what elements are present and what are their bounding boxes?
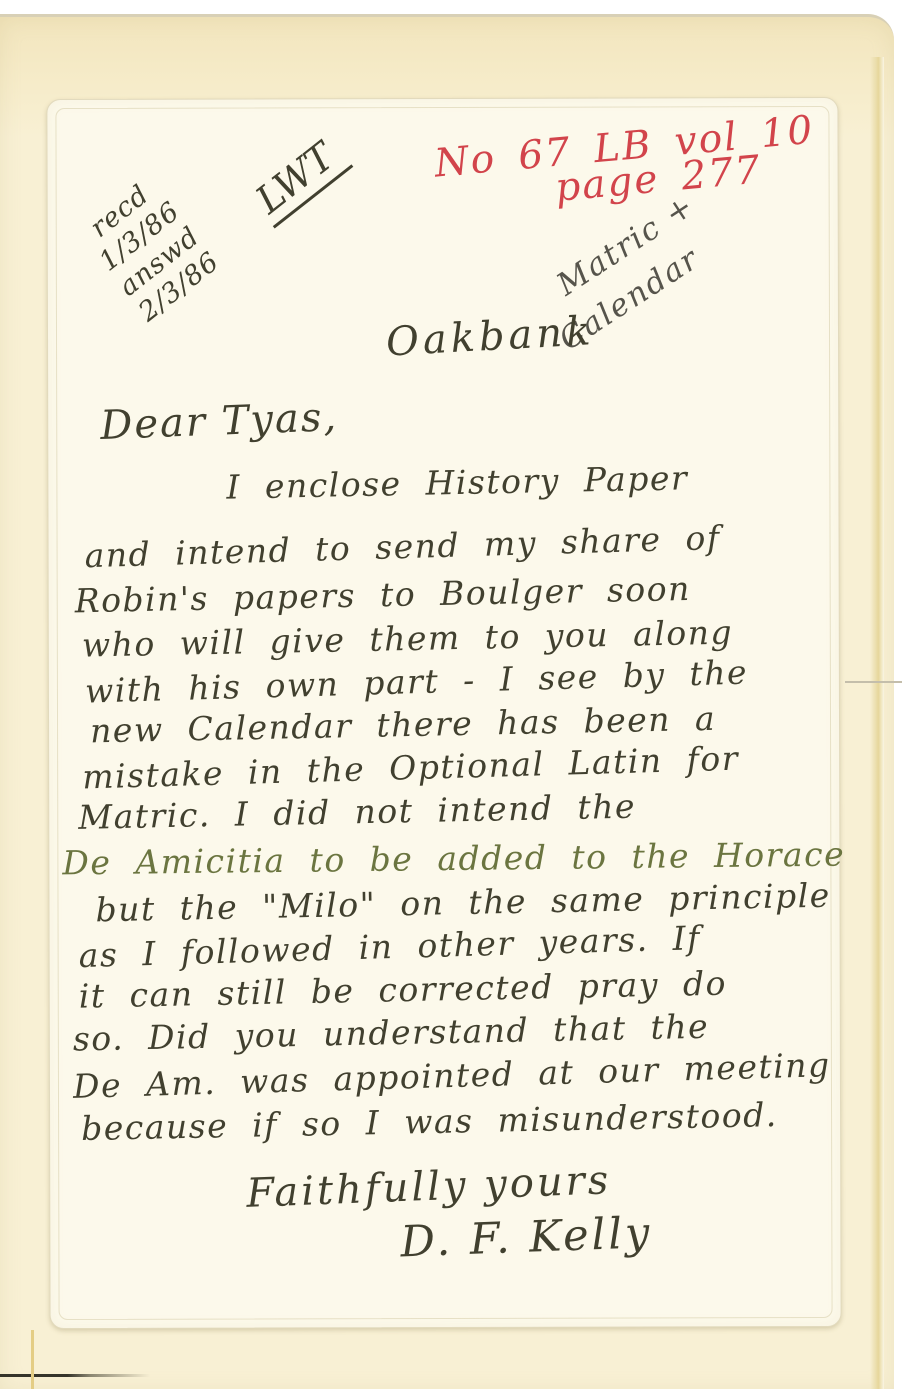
closing-line: Faithfully yours (246, 1158, 612, 1216)
scan-artifact-right-line (845, 681, 902, 683)
body-line: Matric. I did not intend the (78, 789, 636, 836)
salutation: Dear Tyas, (99, 395, 338, 448)
initials-mark: LWT (246, 130, 354, 229)
signature-line: D. F. Kelly (400, 1210, 654, 1267)
body-line: Robin's papers to Boulger soon (74, 571, 691, 620)
received-stamp: recd 1/3/86 answd 2/3/86 (74, 171, 226, 329)
body-line: but the "Milo" on the same principle (95, 878, 831, 929)
scan-artifact-yellow-line (31, 1330, 34, 1389)
place-line: Oakbank (385, 309, 595, 364)
body-line: mistake in the Optional Latin for (82, 741, 740, 796)
body-line: because if so I was misunderstood. (81, 1097, 778, 1147)
body-line: and intend to send my share of (84, 520, 721, 575)
body-line-green-ink: De Amicitia to be added to the Horace (62, 837, 845, 882)
scan-artifact-bottom-line (0, 1374, 150, 1377)
scan-background: recd 1/3/86 answd 2/3/86 LWT No 67 LB vo… (0, 0, 902, 1389)
letter-sheet: recd 1/3/86 answd 2/3/86 LWT No 67 LB vo… (46, 97, 841, 1329)
body-line: I enclose History Paper (226, 460, 688, 506)
page-fold-shadow (870, 57, 884, 1389)
register-note: No 67 LB vol 10 page 277 (433, 110, 819, 222)
